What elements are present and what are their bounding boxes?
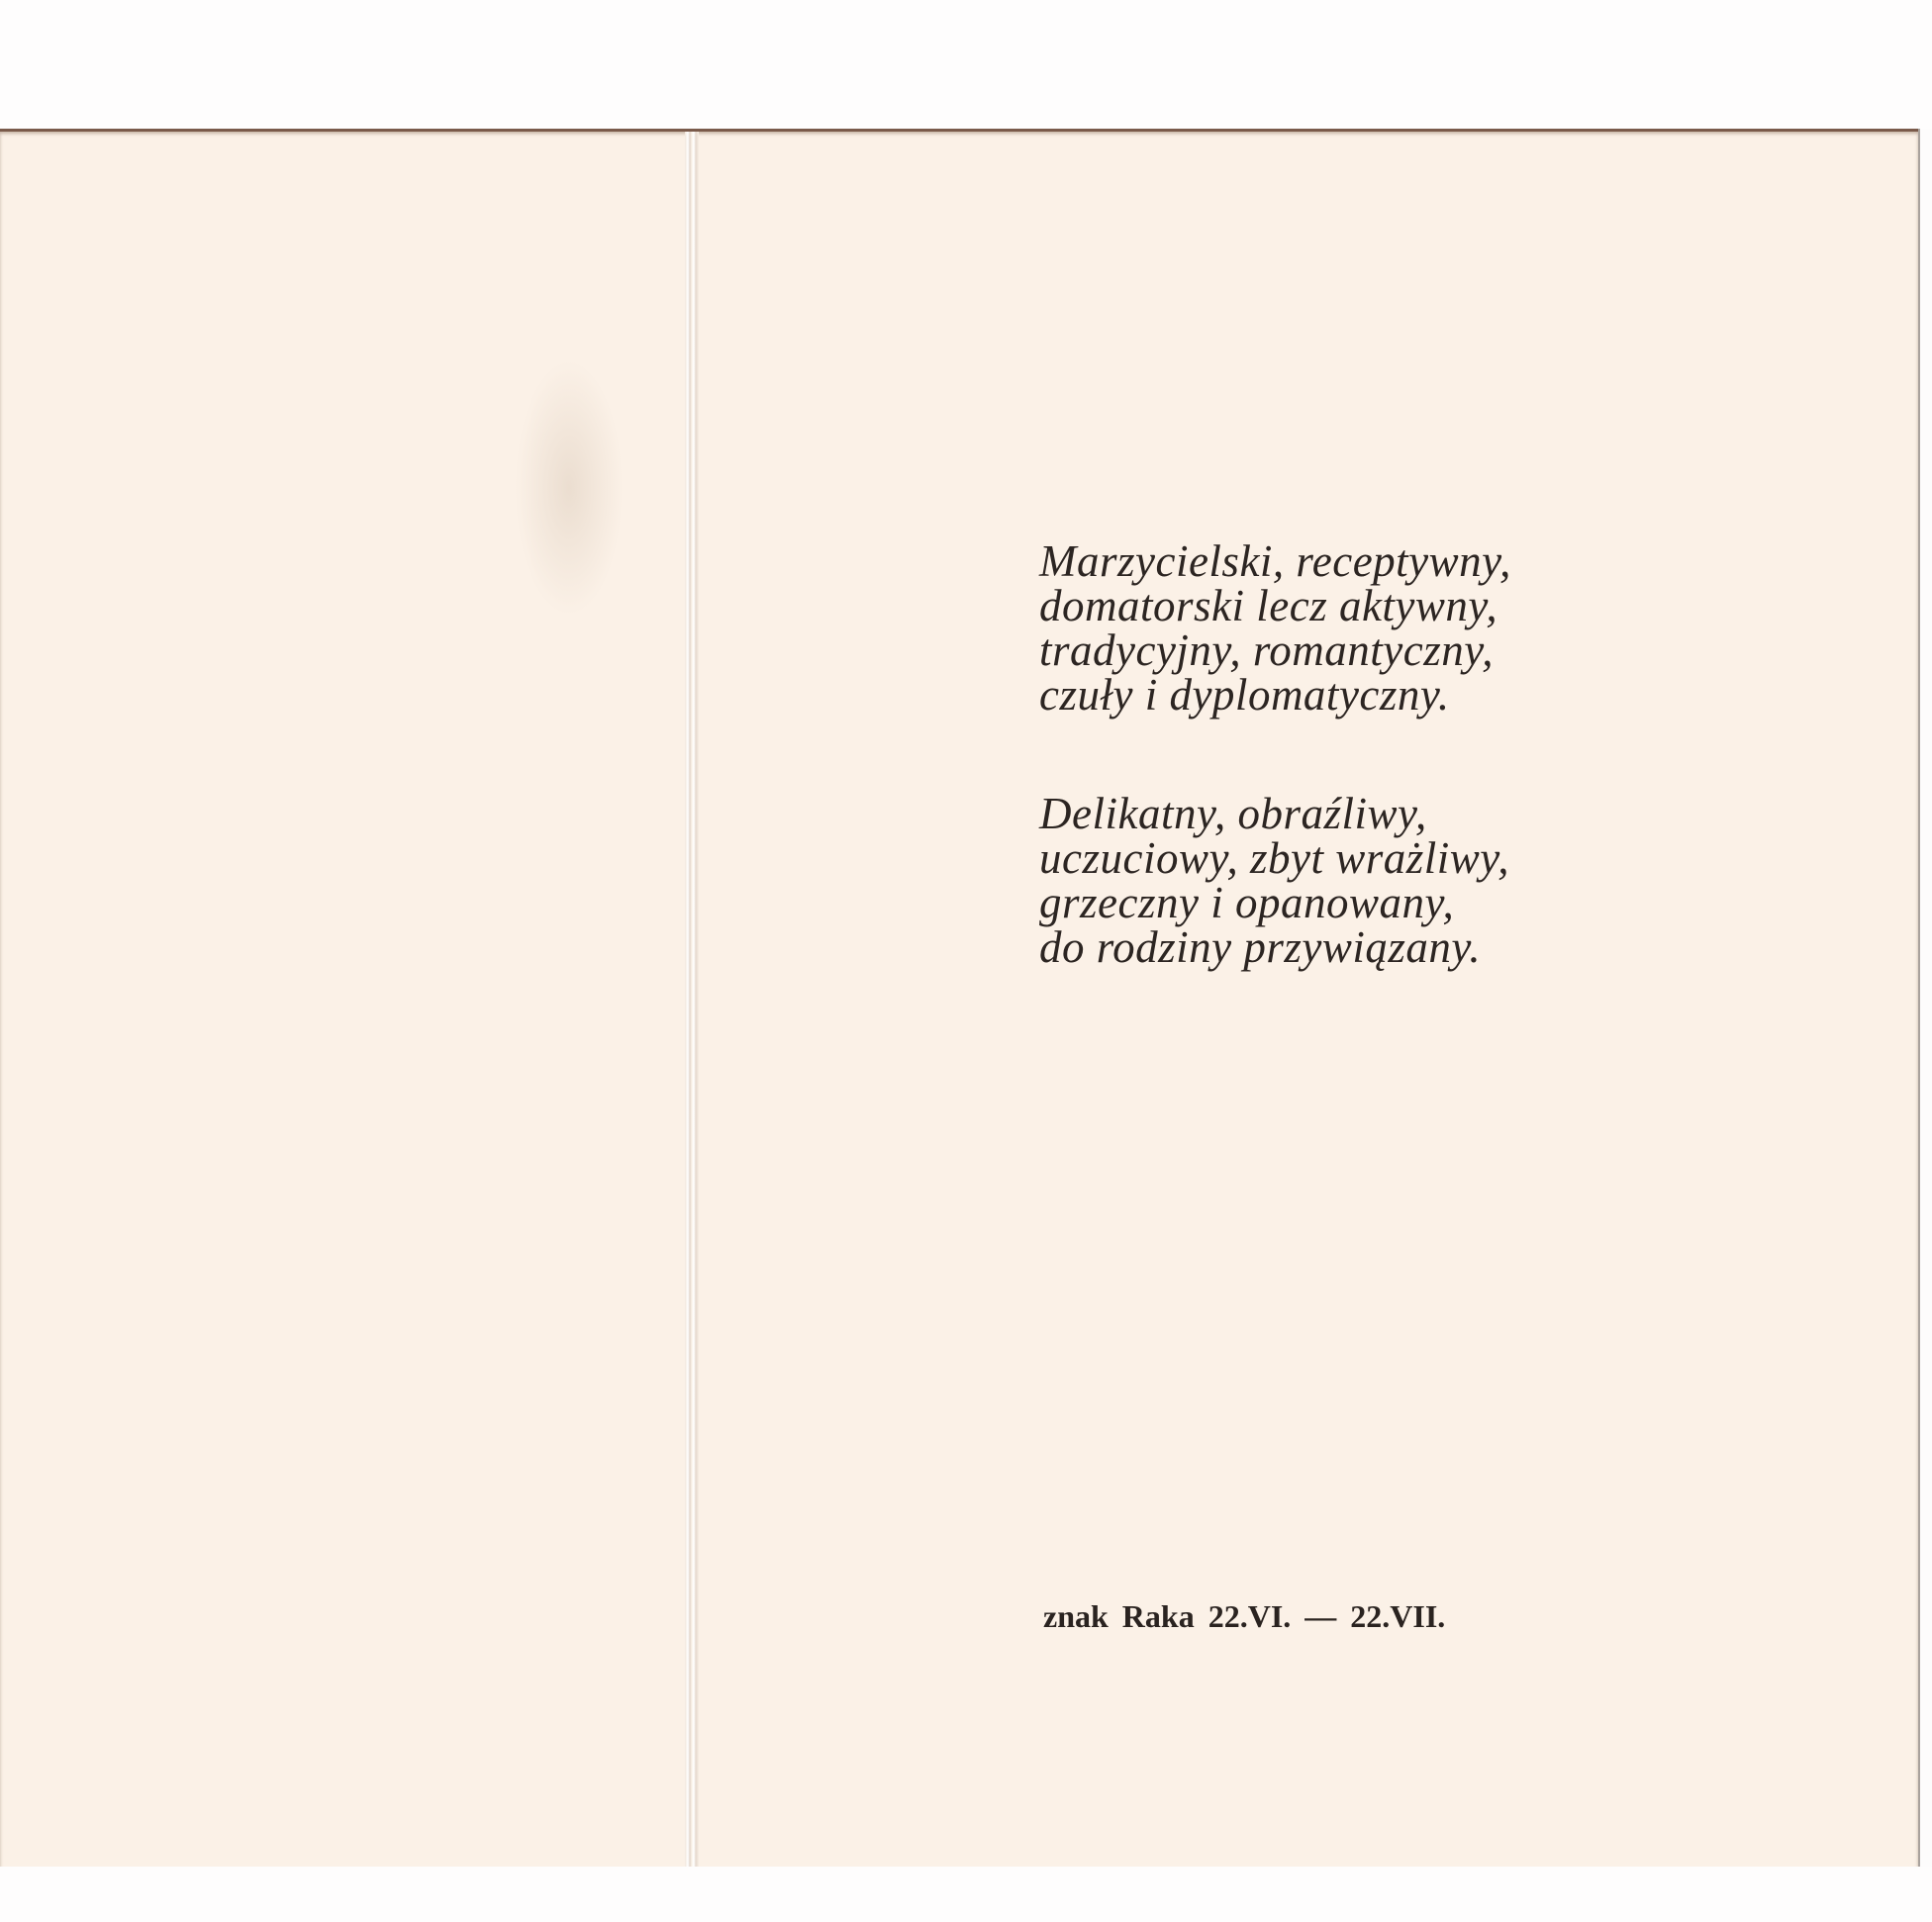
poem-line: Delikatny, obraźliwy, <box>1039 792 1511 836</box>
poem-line: domatorski lecz aktywny, <box>1039 584 1511 628</box>
poem-line: grzeczny i opanowany, <box>1039 881 1511 925</box>
card-edge <box>1918 129 1920 1867</box>
scan-background-bottom <box>0 1867 1932 1922</box>
poem-line: czuły i dyplomatyczny. <box>1039 673 1511 718</box>
poem: Marzycielski, receptywny, domatorski lec… <box>1039 539 1511 1044</box>
poem-line: Marzycielski, receptywny, <box>1039 539 1511 584</box>
paper-stain <box>515 359 624 617</box>
scan-background-top <box>0 0 1932 129</box>
poem-line: do rodziny przywiązany. <box>1039 925 1511 970</box>
poem-stanza-1: Marzycielski, receptywny, domatorski lec… <box>1039 539 1511 718</box>
poem-line: tradycyjny, romantyczny, <box>1039 628 1511 673</box>
card-fold-crease <box>685 132 699 1870</box>
poem-stanza-2: Delikatny, obraźliwy, uczuciowy, zbyt wr… <box>1039 792 1511 970</box>
poem-line: uczuciowy, zbyt wrażliwy, <box>1039 836 1511 881</box>
greeting-card <box>0 129 1918 1870</box>
zodiac-sign-dates: znak Raka 22.VI. — 22.VII. <box>1043 1598 1445 1635</box>
